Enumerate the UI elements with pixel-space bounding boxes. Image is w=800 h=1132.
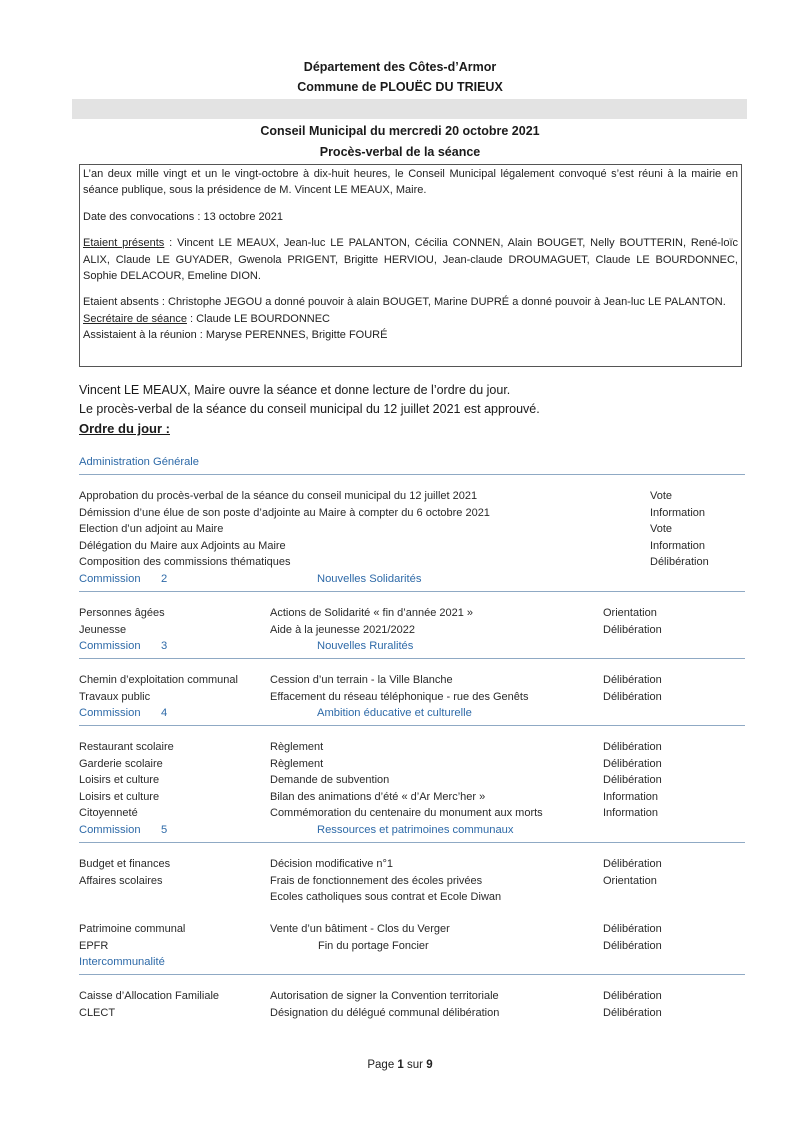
commune-title: Commune de PLOUËC DU TRIEUX [0, 80, 800, 94]
agenda-row: Affaires scolairesFrais de fonctionnemen… [79, 875, 745, 892]
presents-label: Etaient présents [83, 237, 164, 249]
grey-banner [72, 99, 747, 119]
secretary-name: : Claude LE BOURDONNEC [187, 313, 330, 325]
meeting-title: Conseil Municipal du mercredi 20 octobre… [0, 124, 800, 138]
section-divider [79, 725, 745, 726]
agenda-row: Restaurant scolaireRèglementDélibération [79, 741, 745, 758]
agenda-row: Budget et financesDécision modificative … [79, 858, 745, 875]
secretary-label: Secrétaire de séance [83, 313, 187, 325]
page-number: Page 1 sur 9 [0, 1059, 800, 1071]
agenda-title: Ordre du jour : [79, 421, 170, 436]
agenda-row: Election d’un adjoint au MaireVote [79, 523, 745, 540]
agenda-row: Travaux publicEffacement du réseau télép… [79, 691, 745, 708]
absents-paragraph: Etaient absents : Christophe JEGOU a don… [83, 294, 738, 310]
intro-line-1: Vincent LE MEAUX, Maire ouvre la séance … [79, 383, 510, 397]
agenda-row: Loisirs et cultureBilan des animations d… [79, 791, 745, 808]
convocation-date: Date des convocations : 13 octobre 2021 [83, 209, 738, 225]
section-divider [79, 842, 745, 843]
presents-paragraph: Etaient présents : Vincent LE MEAUX, Jea… [83, 235, 738, 284]
agenda-row: Loisirs et cultureDemande de subventionD… [79, 774, 745, 791]
opening-paragraph: L’an deux mille vingt et un le vingt-oct… [83, 166, 738, 199]
agenda-row: Personnes âgéesActions de Solidarité « f… [79, 607, 745, 624]
section-divider [79, 974, 745, 975]
section-intercommunalite: Intercommunalité [79, 956, 165, 968]
agenda-row: Démission d’une élue de son poste d’adjo… [79, 507, 745, 524]
agenda-row: Caisse d’Allocation FamilialeAutorisatio… [79, 990, 745, 1007]
section-divider [79, 474, 745, 475]
agenda-row: Approbation du procès-verbal de la séanc… [79, 490, 745, 507]
agenda-row: Ecoles catholiques sous contrat et Ecole… [79, 891, 745, 908]
section-divider [79, 591, 745, 592]
agenda-row: Composition des commissions thématiquesD… [79, 556, 745, 573]
agenda-row: CitoyennetéCommémoration du centenaire d… [79, 807, 745, 824]
agenda-row: Patrimoine communalVente d’un bâtiment -… [79, 923, 745, 940]
agenda-row: CLECTDésignation du délégué communal dél… [79, 1007, 745, 1024]
session-info-box: L’an deux mille vingt et un le vingt-oct… [79, 164, 742, 367]
assistants-paragraph: Assistaient à la réunion : Maryse PERENN… [83, 327, 738, 343]
agenda-row: Délégation du Maire aux Adjoints au Mair… [79, 540, 745, 557]
section-divider [79, 658, 745, 659]
presents-list: : Vincent LE MEAUX, Jean-luc LE PALANTON… [83, 237, 738, 282]
agenda-row: Garderie scolaireRèglementDélibération [79, 758, 745, 775]
intro-line-2: Le procès-verbal de la séance du conseil… [79, 402, 540, 416]
agenda-row: EPFRFin du portage FoncierDélibération [79, 940, 745, 957]
agenda-row: JeunesseAide à la jeunesse 2021/2022Déli… [79, 624, 745, 641]
department-title: Département des Côtes-d’Armor [0, 60, 800, 74]
section-administration-generale: Administration Générale [79, 456, 199, 468]
secretary-paragraph: Secrétaire de séance : Claude LE BOURDON… [83, 311, 738, 327]
agenda-row: Chemin d’exploitation communalCession d’… [79, 674, 745, 691]
minutes-subtitle: Procès-verbal de la séance [0, 145, 800, 159]
